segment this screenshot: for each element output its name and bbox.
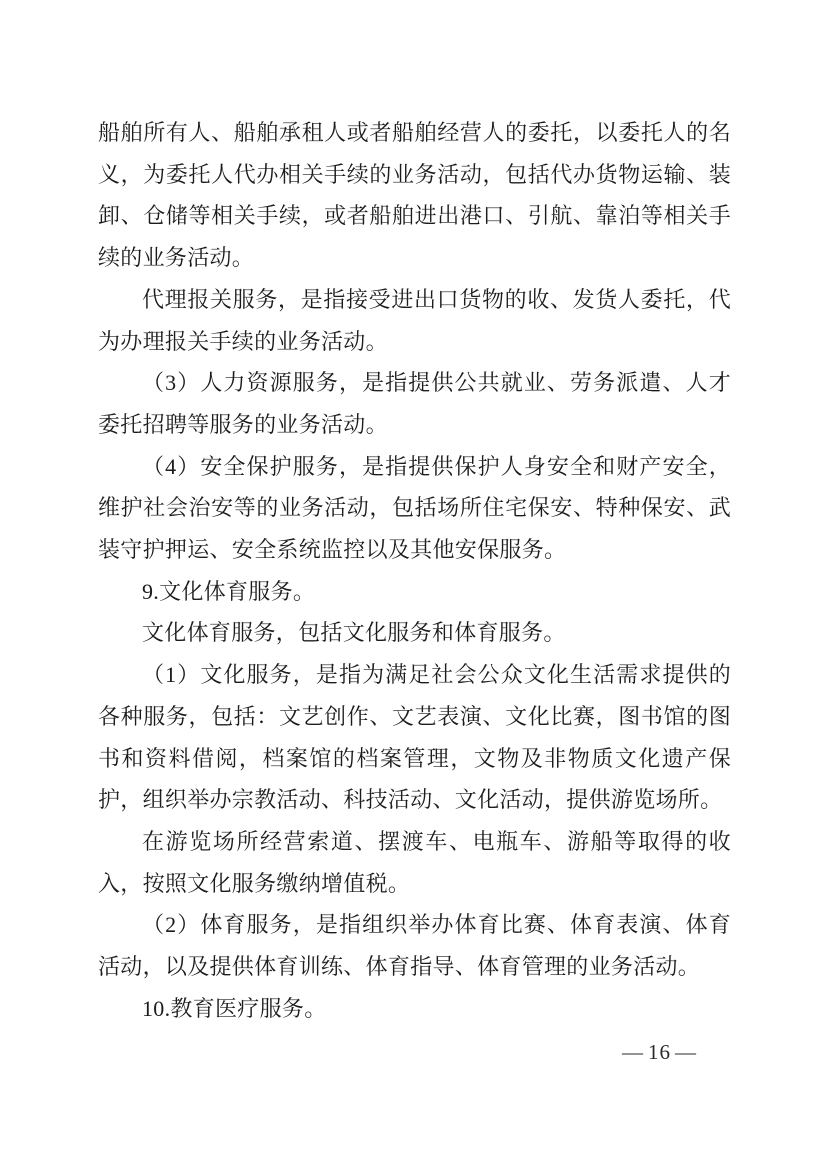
paragraph: （2）体育服务，是指组织举办体育比赛、体育表演、体育活动，以及提供体育训练、体育… (98, 904, 731, 987)
paragraph: （1）文化服务，是指为满足社会公众文化生活需求提供的各种服务，包括：文艺创作、文… (98, 654, 731, 821)
body-text: 船舶所有人、船舶承租人或者船舶经营人的委托，以委托人的名义，为委托人代办相关手续… (98, 112, 731, 1029)
page-footer: —16— (0, 1040, 827, 1070)
paragraph: 文化体育服务，包括文化服务和体育服务。 (98, 612, 731, 654)
paragraph: 船舶所有人、船舶承租人或者船舶经营人的委托，以委托人的名义，为委托人代办相关手续… (98, 112, 731, 279)
paragraph: （3）人力资源服务，是指提供公共就业、劳务派遣、人才委托招聘等服务的业务活动。 (98, 362, 731, 445)
paragraph: 10.教育医疗服务。 (98, 988, 731, 1030)
document-page: 船舶所有人、船舶承租人或者船舶经营人的委托，以委托人的名义，为委托人代办相关手续… (0, 0, 827, 1170)
page-number: —16— (618, 1040, 701, 1065)
footer-right-dash: — (671, 1040, 701, 1064)
paragraph: （4）安全保护服务，是指提供保护人身安全和财产安全，维护社会治安等的业务活动，包… (98, 446, 731, 571)
paragraph: 代理报关服务，是指接受进出口货物的收、发货人委托，代为办理报关手续的业务活动。 (98, 279, 731, 362)
footer-left-dash: — (618, 1040, 648, 1064)
paragraph: 在游览场所经营索道、摆渡车、电瓶车、游船等取得的收入，按照文化服务缴纳增值税。 (98, 821, 731, 904)
page-number-value: 16 (648, 1040, 671, 1064)
paragraph: 9.文化体育服务。 (98, 571, 731, 613)
